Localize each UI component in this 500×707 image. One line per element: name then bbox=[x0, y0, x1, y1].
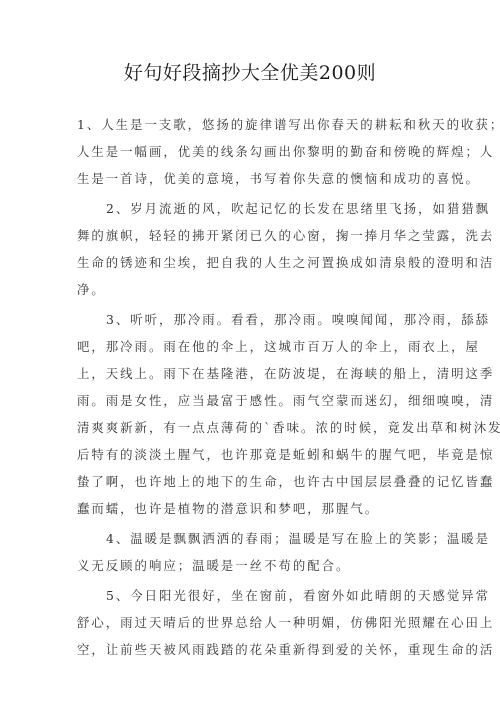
document-body: 1、人生是一支歌，悠扬的旋律谱写出你春天的耕耘和秋天的收获； 人生是一幅画，优美… bbox=[77, 111, 425, 663]
paragraph-line: 2、岁月流逝的风，吹起记忆的长发在思绪里飞扬，如猎猎飘 bbox=[77, 195, 425, 222]
paragraph-2: 2、岁月流逝的风，吹起记忆的长发在思绪里飞扬，如猎猎飘 舞的旗帜，轻轻的拂开紧闭… bbox=[77, 195, 425, 303]
paragraph-5: 5、今日阳光很好，坐在窗前，看窗外如此晴朗的天感觉异常 舒心，雨过天晴后的世界总… bbox=[77, 582, 425, 663]
paragraph-1: 1、人生是一支歌，悠扬的旋律谱写出你春天的耕耘和秋天的收获； 人生是一幅画，优美… bbox=[77, 111, 425, 192]
paragraph-4: 4、温暖是飘飘洒洒的春雨；温暖是写在脸上的笑影；温暖是 义无反顾的响应；温暖是一… bbox=[77, 525, 425, 579]
paragraph-line: 生是一首诗，优美的意境，书写着你失意的懊恼和成功的喜悦。 bbox=[77, 165, 425, 192]
paragraph-line: 义无反顾的响应；温暖是一丝不苟的配合。 bbox=[77, 552, 425, 579]
paragraph-line: 人生是一幅画，优美的线条勾画出你黎明的勤奋和傍晚的辉煌；人 bbox=[77, 138, 425, 165]
paragraph-line: 舒心，雨过天晴后的世界总给人一种明媚，仿佛阳光照耀在心田上 bbox=[77, 609, 425, 636]
paragraph-3: 3、听听，那冷雨。看看，那冷雨。嗅嗅闻闻，那冷雨，舔舔 吧，那冷雨。雨在他的伞上… bbox=[77, 306, 425, 522]
paragraph-line: 1、人生是一支歌，悠扬的旋律谱写出你春天的耕耘和秋天的收获； bbox=[77, 111, 425, 138]
paragraph-line: 后特有的淡淡土腥气，也许那竟是蚯蚓和蜗牛的腥气吧，毕竟是惊 bbox=[77, 441, 425, 468]
paragraph-line: 吧，那冷雨。雨在他的伞上，这城市百万人的伞上，雨衣上，屋 bbox=[77, 333, 425, 360]
document-page: 好句好段摘抄大全优美200则 1、人生是一支歌，悠扬的旋律谱写出你春天的耕耘和秋… bbox=[0, 0, 500, 707]
paragraph-line: 雨。雨是女性，应当最富于感性。雨气空蒙而迷幻，细细嗅嗅，清 bbox=[77, 387, 425, 414]
paragraph-line: 空，让前些天被风雨践踏的花朵重新得到爱的关怀，重现生命的活 bbox=[77, 636, 425, 663]
paragraph-line: 蠢而蠕，也许是植物的潜意识和梦吧，那腥气。 bbox=[77, 495, 425, 522]
paragraph-line: 4、温暖是飘飘洒洒的春雨；温暖是写在脸上的笑影；温暖是 bbox=[77, 525, 425, 552]
paragraph-line: 上，天线上。雨下在基隆港，在防波堤，在海峡的船上，清明这季 bbox=[77, 360, 425, 387]
paragraph-line: 5、今日阳光很好，坐在窗前，看窗外如此晴朗的天感觉异常 bbox=[77, 582, 425, 609]
paragraph-line: 清爽爽新新，有一点点薄荷的`香味。浓的时候，竟发出草和树沐发 bbox=[77, 414, 425, 441]
document-title: 好句好段摘抄大全优美200则 bbox=[0, 60, 500, 86]
paragraph-line: 生命的锈迹和尘埃，把自我的人生之河置换成如清泉般的澄明和洁 bbox=[77, 249, 425, 276]
paragraph-line: 3、听听，那冷雨。看看，那冷雨。嗅嗅闻闻，那冷雨，舔舔 bbox=[77, 306, 425, 333]
paragraph-line: 净。 bbox=[77, 276, 425, 303]
paragraph-line: 舞的旗帜，轻轻的拂开紧闭已久的心窗，掬一捧月华之莹露，洗去 bbox=[77, 222, 425, 249]
paragraph-line: 蛰了啊，也许地上的地下的生命，也许古中国层层叠叠的记忆皆蠢 bbox=[77, 468, 425, 495]
